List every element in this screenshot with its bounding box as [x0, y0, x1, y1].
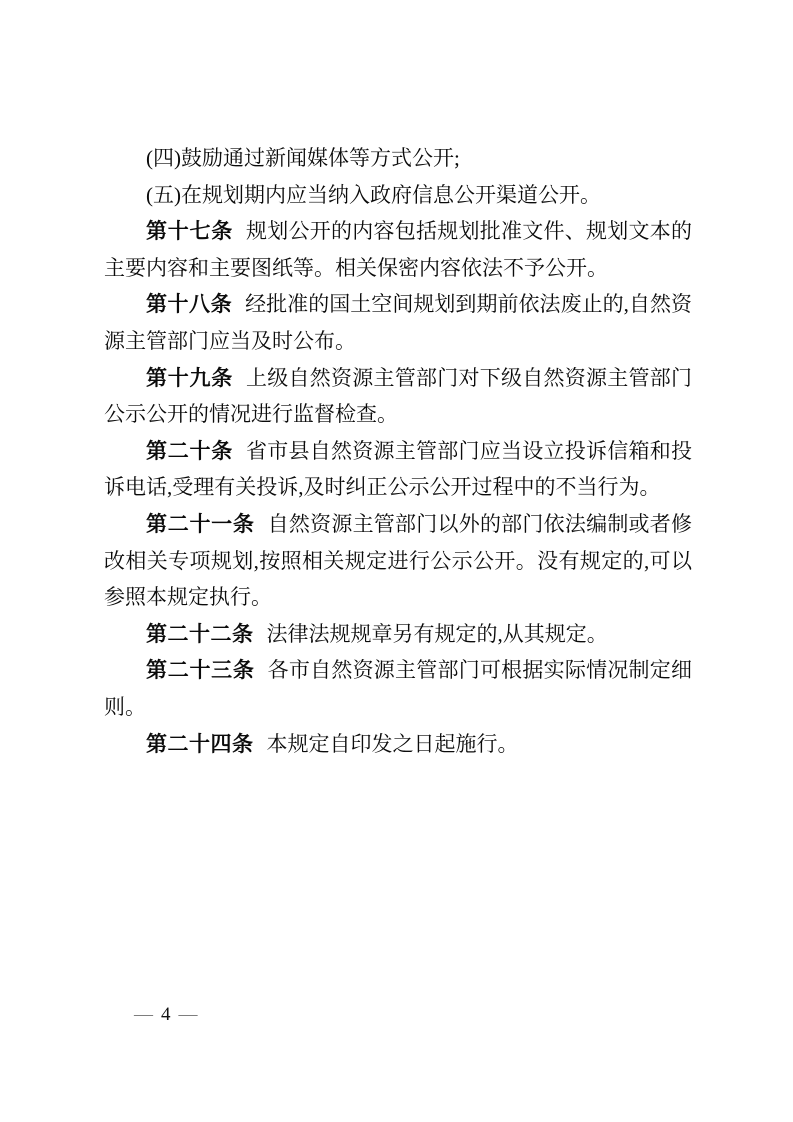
- article-number: 第二十三条: [146, 658, 255, 682]
- list-item-paragraph: (五)在规划期内应当纳入政府信息公开渠道公开。: [104, 177, 692, 214]
- article-number: 第二十二条: [146, 622, 254, 646]
- article-number: 第二十条: [146, 439, 233, 463]
- article-paragraph: 第十八条经批准的国土空间规划到期前依法废止的,自然资源主管部门应当及时公布。: [104, 286, 692, 359]
- page-number: 4: [161, 1004, 171, 1025]
- article-paragraph: 第二十二条法律法规规章另有规定的,从其规定。: [104, 616, 692, 653]
- article-paragraph: 第十七条规划公开的内容包括规划批准文件、规划文本的主要内容和主要图纸等。相关保密…: [104, 213, 692, 286]
- article-number: 第二十一条: [146, 512, 255, 536]
- article-number: 第十八条: [146, 292, 232, 316]
- article-paragraph: 第二十条省市县自然资源主管部门应当设立投诉信箱和投诉电话,受理有关投诉,及时纠正…: [104, 433, 692, 506]
- footer-dash-left: —: [134, 1004, 153, 1025]
- article-number: 第十九条: [146, 366, 233, 390]
- article-text: (五)在规划期内应当纳入政府信息公开渠道公开。: [146, 183, 601, 207]
- article-text: 本规定自印发之日起施行。: [267, 732, 519, 756]
- article-paragraph: 第十九条上级自然资源主管部门对下级自然资源主管部门公示公开的情况进行监督检查。: [104, 360, 692, 433]
- document-page: (四)鼓励通过新闻媒体等方式公开;(五)在规划期内应当纳入政府信息公开渠道公开。…: [0, 0, 793, 1122]
- article-paragraph: 第二十四条本规定自印发之日起施行。: [104, 726, 692, 763]
- list-item-paragraph: (四)鼓励通过新闻媒体等方式公开;: [104, 140, 692, 177]
- article-text: 法律法规规章另有规定的,从其规定。: [267, 622, 608, 646]
- footer-dash-right: —: [179, 1004, 198, 1025]
- article-paragraph: 第二十三条各市自然资源主管部门可根据实际情况制定细则。: [104, 652, 692, 725]
- page-footer: —4—: [134, 1003, 198, 1027]
- article-text: (四)鼓励通过新闻媒体等方式公开;: [146, 146, 460, 170]
- article-number: 第二十四条: [146, 732, 254, 756]
- article-paragraph: 第二十一条自然资源主管部门以外的部门依法编制或者修改相关专项规划,按照相关规定进…: [104, 506, 692, 616]
- article-number: 第十七条: [146, 219, 233, 243]
- document-body: (四)鼓励通过新闻媒体等方式公开;(五)在规划期内应当纳入政府信息公开渠道公开。…: [104, 140, 692, 762]
